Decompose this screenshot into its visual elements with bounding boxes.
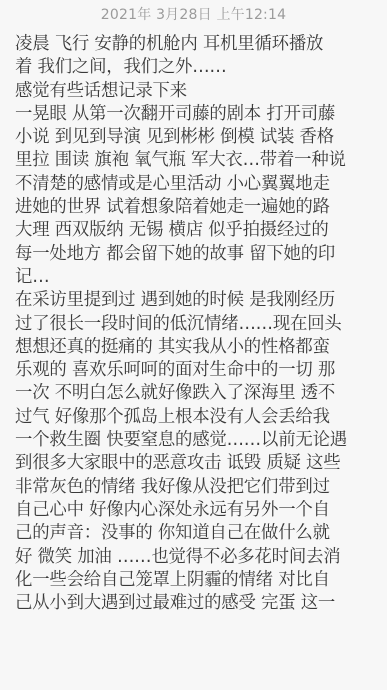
note-line: 进她的世界 试着想象陪着她走一遍她的路 — [15, 196, 377, 219]
note-line: 着 我们之间，我们之外…… — [15, 56, 377, 79]
note-line: 化一些会给自己笼罩上阴霾的情绪 对比自 — [15, 569, 377, 592]
note-line: 感觉有些话想记录下来 — [15, 80, 377, 103]
note-line: 里拉 围读 旗袍 氧气瓶 军大衣…带着一种说 — [15, 149, 377, 172]
note-line: 自己心中 好像内心深处永远有另外一个自 — [15, 499, 377, 522]
note-line: 想想还真的挺痛的 其实我从小的性格都蛮 — [15, 336, 377, 359]
note-line: 到很多大家眼中的恶意攻击 诋毁 质疑 这些 — [15, 452, 377, 475]
note-line: 在采访里提到过 遇到她的时候 是我刚经历 — [15, 289, 377, 312]
note-line: 乐观的 喜欢乐呵呵的面对生命中的一切 那 — [15, 359, 377, 382]
note-line: 己的声音：没事的 你知道自己在做什么就 — [15, 522, 377, 545]
note-line: 一次 不明白怎么就好像跌入了深海里 透不 — [15, 382, 377, 405]
note-line: 过气 好像那个孤岛上根本没有人会丢给我 — [15, 406, 377, 429]
note-line: 记… — [15, 266, 377, 289]
note-line: 非常灰色的情绪 我好像从没把它们带到过 — [15, 476, 377, 499]
note-line: 一晃眼 从第一次翻开司藤的剧本 打开司藤 — [15, 103, 377, 126]
note-line: 凌晨 飞行 安静的机舱内 耳机里循环播放 — [15, 33, 377, 56]
note-line: 过了很长一段时间的低沉情绪……现在回头 — [15, 313, 377, 336]
note-timestamp: 2021年 3月28日 上午12:14 — [0, 4, 387, 24]
note-line: 小说 到见到导演 见到彬彬 倒模 试装 香格 — [15, 126, 377, 149]
note-body[interactable]: 凌晨 飞行 安静的机舱内 耳机里循环播放 着 我们之间，我们之外…… 感觉有些话… — [15, 33, 377, 615]
note-line: 一个救生圈 快要窒息的感觉……以前无论遇 — [15, 429, 377, 452]
note-page: 2021年 3月28日 上午12:14 凌晨 飞行 安静的机舱内 耳机里循环播放… — [0, 0, 387, 690]
note-line: 不清楚的感情或是心里活动 小心翼翼地走 — [15, 173, 377, 196]
note-line: 每一处地方 都会留下她的故事 留下她的印 — [15, 243, 377, 266]
note-line: 好 微笑 加油 ……也觉得不必多花时间去消 — [15, 546, 377, 569]
note-line: 大理 西双版纳 无锡 横店 似乎拍摄经过的 — [15, 219, 377, 242]
note-line: 己从小到大遇到过最难过的感受 完蛋 这一 — [15, 592, 377, 615]
